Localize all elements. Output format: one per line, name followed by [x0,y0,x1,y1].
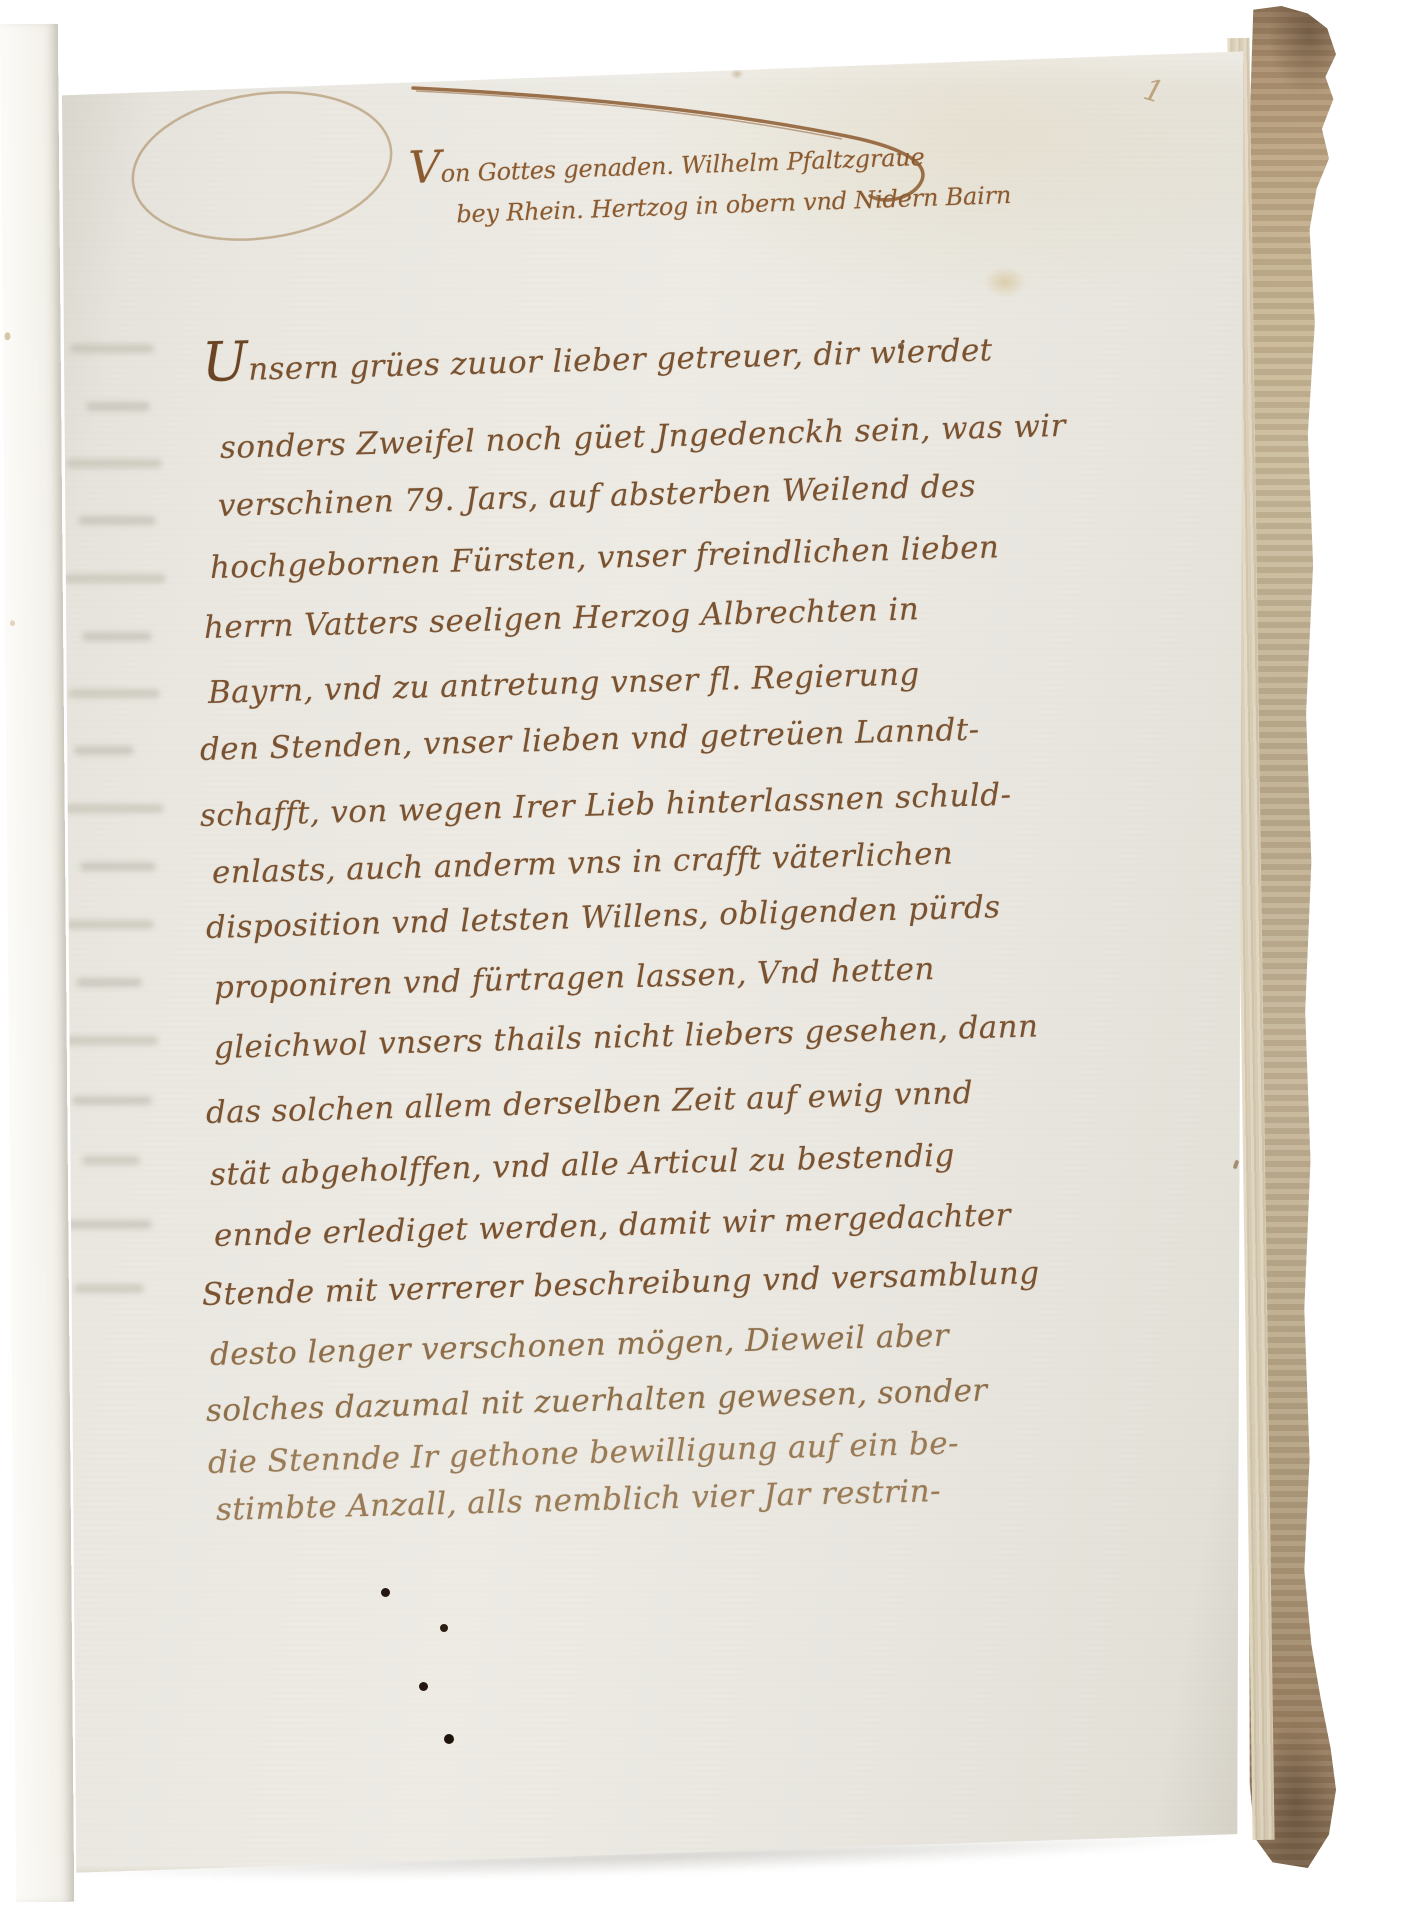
body-line: verschinen 79. Jars, auf absterben Weile… [217,464,976,528]
body-line: desto lenger verschonen mögen, Dieweil a… [209,1314,949,1377]
body-line: das solchen allem derselben Zeit auf ewi… [205,1071,973,1135]
paper-speck [10,620,15,626]
body-line: proponiren vnd fürtragen lassen, Vnd het… [213,947,935,1010]
body-line: Unsern grües zuuor lieber getreuer, dir … [201,320,993,393]
body-text: Unsern grües zuuor lieber getreuer, dir … [56,44,1248,1880]
body-line: schafft, von wegen Irer Lieb hinterlassn… [199,773,1011,838]
body-line: stät abgeholffen, vnd alle Articul zu be… [209,1134,955,1197]
body-line: Stende mit verrerer beschreibung vnd ver… [201,1251,1040,1317]
body-line: disposition vnd letsten Willens, obligen… [205,885,1001,950]
body-line: herrn Vatters seeligen Herzog Albrechten… [203,587,919,650]
ink-dot [419,1682,428,1691]
body-line: ennde erlediget werden, damit wir merged… [213,1193,1011,1258]
body-line: sonders Zweifel noch güet Jngedenckh sei… [219,404,1066,470]
body-line: gleichwol vnsers thails nicht liebers ge… [213,1004,1039,1070]
ink-speck [898,343,904,349]
ink-dot [381,1588,390,1597]
body-line: enlasts, auch anderm vns in crafft väter… [211,832,953,895]
body-line: den Stenden, vnser lieben vnd getreüen L… [199,708,980,772]
paper-speck [4,332,10,340]
underlying-page-edge [0,24,74,1902]
photo-canvas: Von Gottes genaden. Wilhelm Pfaltzgraue … [0,0,1426,1920]
manuscript-page: Von Gottes genaden. Wilhelm Pfaltzgraue … [56,44,1248,1880]
ink-dot [444,1734,454,1744]
body-line: Bayrn, vnd zu antretung vnser fl. Regier… [207,652,920,715]
body-line: hochgebornen Fürsten, vnser freindlichen… [209,525,999,590]
ink-dot [440,1624,448,1632]
